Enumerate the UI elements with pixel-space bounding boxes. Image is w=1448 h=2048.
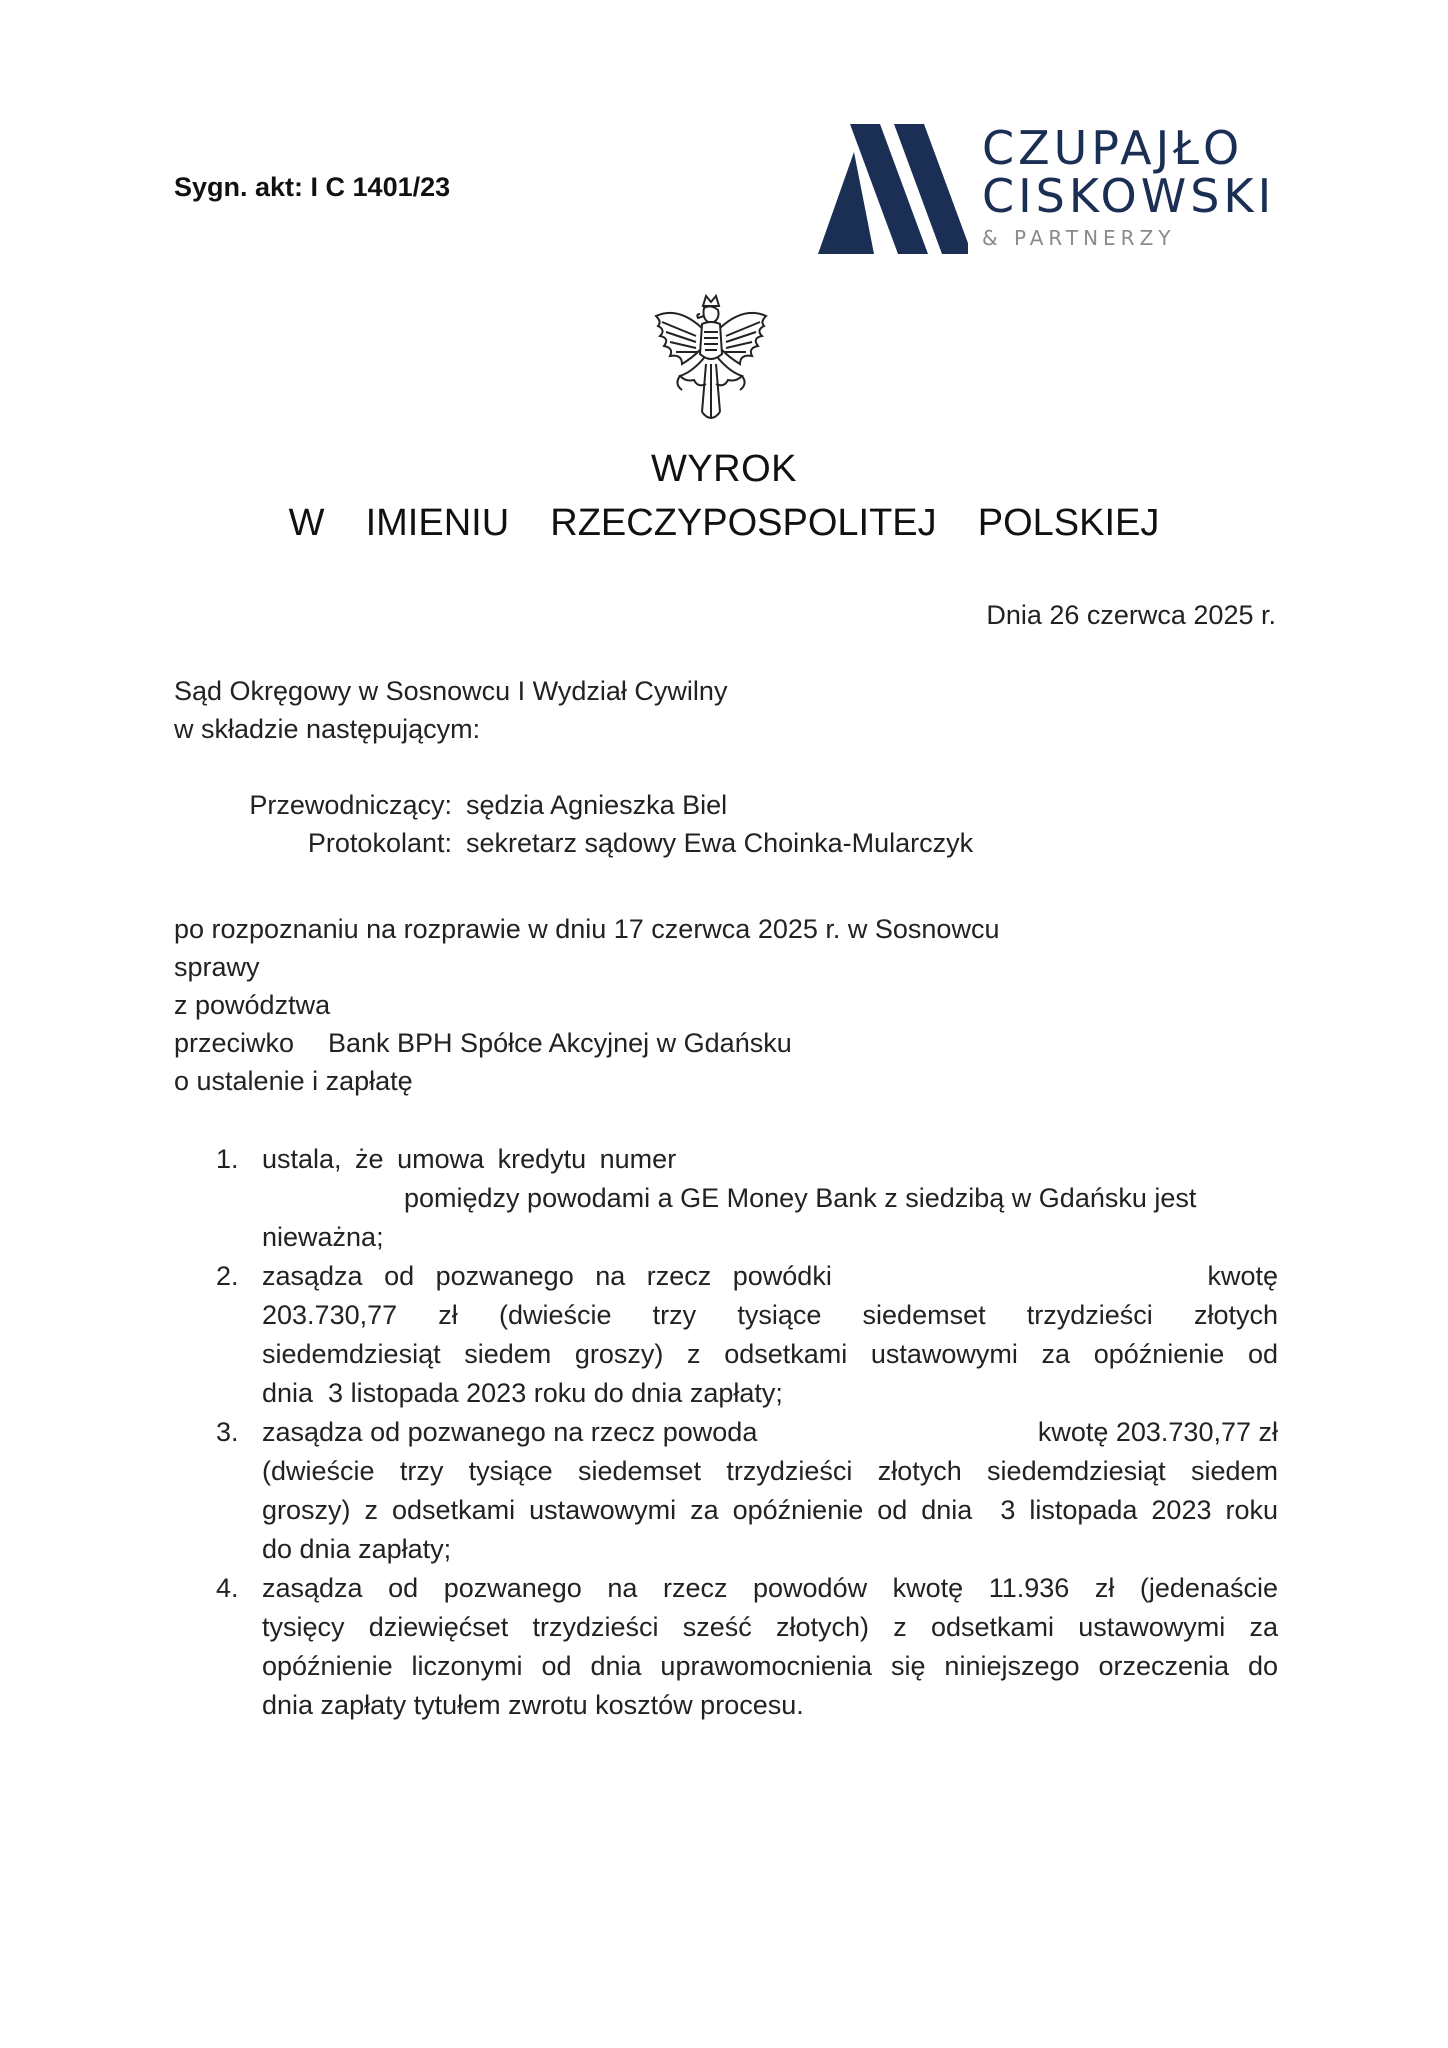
ruling-number: 2. (216, 1257, 239, 1296)
court-clerk-value: sekretarz sądowy Ewa Choinka-Mularczyk (466, 828, 973, 859)
ruling-line: dnia 3 listopada 2023 roku do dnia zapła… (262, 1374, 1278, 1413)
polish-eagle-emblem-icon (648, 292, 774, 432)
document-page: Sygn. akt: I C 1401/23 CZUPAJŁO CISKOWSK… (0, 0, 1448, 2048)
ruling-line: nieważna; (262, 1218, 1278, 1257)
case-signature: Sygn. akt: I C 1401/23 (174, 172, 450, 203)
ruling-line: ustala, że umowa kredytu numer (262, 1140, 1278, 1179)
presiding-judge-value: sędzia Agnieszka Biel (466, 790, 727, 821)
ruling-number: 4. (216, 1569, 239, 1608)
proceedings-case: sprawy (174, 952, 260, 983)
ruling-line-left: zasądza od pozwanego na rzecz powódki (262, 1257, 832, 1296)
proceedings-plaintiff: z powództwa (174, 990, 330, 1021)
ruling-line: 203.730,77 zł (dwieście trzy tysiące sie… (262, 1296, 1278, 1335)
logo-partners: & PARTNERZY (982, 226, 1275, 250)
ruling-line-right: kwotę 203.730,77 zł (1038, 1413, 1278, 1452)
proceedings-defendant: Bank BPH Spółce Akcyjnej w Gdańsku (328, 1028, 792, 1059)
ruling-item-4: 4. zasądza od pozwanego na rzecz powodów… (216, 1569, 1278, 1725)
ruling-line-right: kwotę (1207, 1257, 1278, 1296)
ruling-line: tysięcy dziewięćset trzydzieści sześć zł… (262, 1608, 1278, 1647)
judgment-date: Dnia 26 czerwca 2025 r. (986, 600, 1276, 631)
logo-name-line1: CZUPAJŁO (982, 124, 1275, 172)
ruling-line-left: zasądza od pozwanego na rzecz powoda (262, 1413, 757, 1452)
ruling-line: dnia zapłaty tytułem zwrotu kosztów proc… (262, 1686, 1278, 1725)
court-name: Sąd Okręgowy w Sosnowcu I Wydział Cywiln… (174, 676, 727, 707)
ruling-line: pomiędzy powodami a GE Money Bank z sied… (262, 1179, 1278, 1218)
ruling-item-3: 3. zasądza od pozwanego na rzecz powoda … (216, 1413, 1278, 1569)
proceedings-hearing: po rozpoznaniu na rozprawie w dniu 17 cz… (174, 914, 999, 945)
ruling-item-2: 2. zasądza od pozwanego na rzecz powódki… (216, 1257, 1278, 1413)
ruling-number: 1. (216, 1140, 239, 1179)
judgment-subtitle: W IMIENIU RZECZYPOSPOLITEJ POLSKIEJ (0, 502, 1448, 545)
proceedings-against-label: przeciwko (174, 1028, 294, 1059)
ruling-line: do dnia zapłaty; (262, 1530, 1278, 1569)
proceedings-subject: o ustalenie i zapłatę (174, 1066, 413, 1097)
presiding-judge-label: Przewodniczący: (174, 790, 452, 821)
court-composition-intro: w składzie następującym: (174, 714, 480, 745)
ruling-line: (dwieście trzy tysiące siedemset trzydzi… (262, 1452, 1278, 1491)
ruling-item-1: 1. ustala, że umowa kredytu numer pomięd… (216, 1140, 1278, 1257)
court-clerk-label: Protokolant: (174, 828, 452, 859)
judgment-title: WYROK (0, 448, 1448, 491)
logo-mark-icon (818, 124, 968, 254)
ruling-line: zasądza od pozwanego na rzecz powodów kw… (262, 1569, 1278, 1608)
ruling-line: opóźnienie liczonymi od dnia uprawomocni… (262, 1647, 1278, 1686)
logo-name-line2: CISKOWSKI (982, 172, 1275, 220)
law-firm-logo: CZUPAJŁO CISKOWSKI & PARTNERZY (818, 124, 1298, 256)
ruling-number: 3. (216, 1413, 239, 1452)
ruling-line: groszy) z odsetkami ustawowymi za opóźni… (262, 1491, 1278, 1530)
ruling-line: siedemdziesiąt siedem groszy) z odsetkam… (262, 1335, 1278, 1374)
